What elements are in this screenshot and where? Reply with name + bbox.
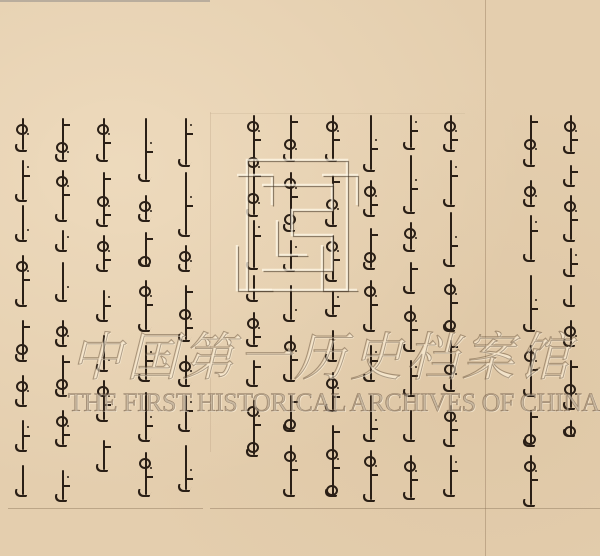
script-word: [400, 262, 422, 292]
script-word: [175, 172, 197, 235]
script-word: [400, 222, 422, 250]
script-word: [52, 470, 74, 500]
script-word: [440, 212, 462, 265]
script-word: [520, 115, 542, 165]
script-word: [560, 195, 582, 240]
script-word: [360, 115, 382, 170]
script-word: [520, 180, 542, 205]
script-word: [440, 115, 462, 150]
script-word: [52, 170, 74, 220]
script-word: [93, 235, 115, 270]
script-word: [560, 165, 582, 185]
script-word: [560, 115, 582, 152]
script-word: [12, 118, 34, 150]
script-word: [360, 450, 382, 500]
script-word: [135, 195, 157, 220]
script-word: [12, 420, 34, 450]
script-word: [360, 228, 382, 268]
paper-fold-line: [485, 0, 486, 556]
script-word: [322, 425, 344, 495]
script-word: [52, 262, 74, 300]
script-word: [12, 320, 34, 360]
script-word: [440, 160, 462, 205]
top-panel-rule: [210, 113, 465, 114]
script-word: [93, 440, 115, 470]
bottom-rule-right: [210, 508, 600, 509]
script-word: [560, 420, 582, 435]
script-word: [52, 118, 74, 160]
script-word: [560, 285, 582, 305]
script-word: [12, 205, 34, 240]
document-page: 中国第一历史档案馆 THE FIRST HISTORICAL ARCHIVES …: [0, 0, 600, 556]
script-word: [12, 160, 34, 200]
script-word: [520, 215, 542, 260]
archives-emblem-icon: [232, 150, 362, 300]
bottom-rule-left: [8, 508, 203, 509]
script-word: [175, 245, 197, 270]
script-word: [12, 465, 34, 495]
script-word: [520, 455, 542, 505]
scan-top-edge: [0, 0, 210, 2]
script-word: [135, 118, 157, 180]
watermark-english: THE FIRST HISTORICAL ARCHIVES OF CHINA: [68, 388, 548, 418]
script-word: [400, 455, 422, 498]
script-word: [135, 232, 157, 265]
script-word: [175, 118, 197, 165]
script-word: [93, 118, 115, 160]
script-word: [52, 230, 74, 250]
script-word: [560, 248, 582, 275]
script-word: [440, 455, 462, 495]
script-word: [280, 445, 302, 495]
script-word: [93, 172, 115, 225]
watermark-chinese: 中国第一历史档案馆: [70, 315, 540, 375]
script-word: [12, 375, 34, 405]
script-word: [12, 255, 34, 305]
script-word: [400, 155, 422, 212]
script-word: [135, 452, 157, 495]
script-word: [400, 115, 422, 148]
script-word: [360, 180, 382, 215]
script-word: [175, 445, 197, 490]
